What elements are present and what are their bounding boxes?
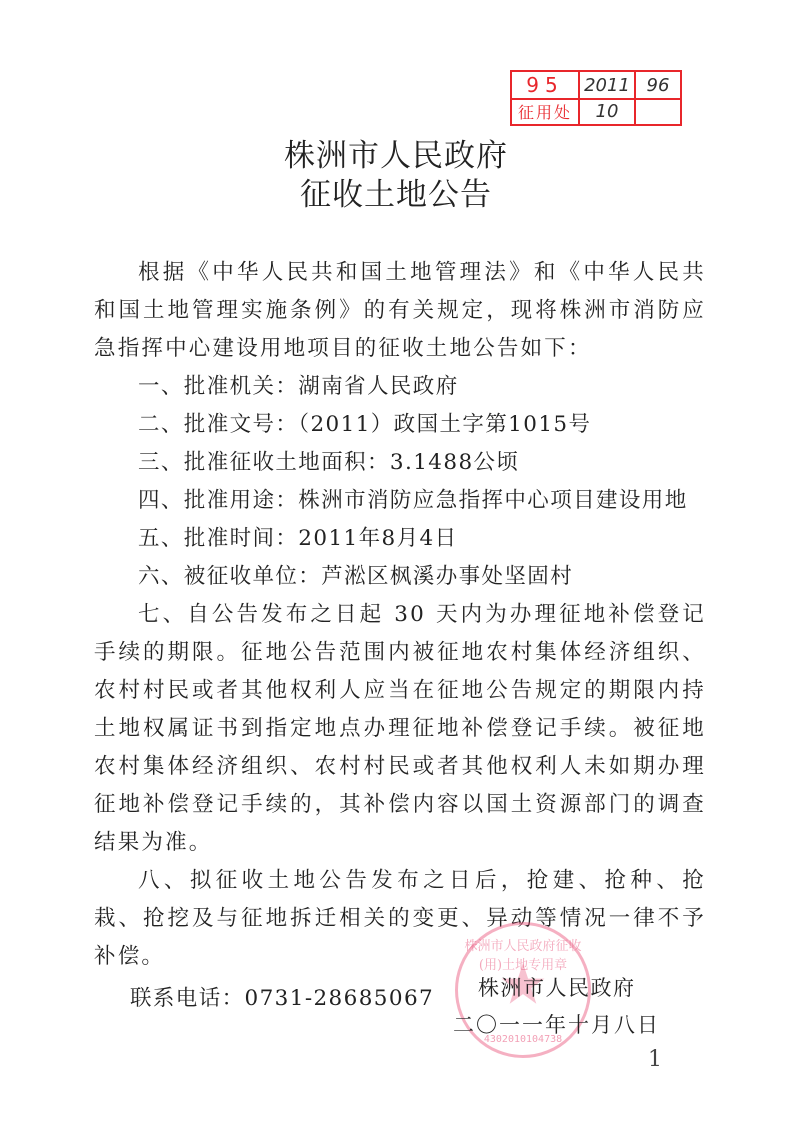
stamp-label: 征用处 (518, 100, 572, 123)
signature-date: 二〇一一年十月八日 (453, 1009, 703, 1039)
registration-stamp: 95 2011 96 征用处 10 (510, 70, 682, 126)
stamp-month: 10 (596, 101, 619, 122)
item-approval-date: 五、批准时间：2011年8月4日 (94, 520, 706, 558)
registration-stamp-row-top: 95 2011 96 (512, 72, 680, 100)
item-approval-authority: 一、批准机关：湖南省人民政府 (94, 368, 706, 406)
page-number: 1 (648, 1047, 662, 1072)
notice-body: 根据《中华人民共和国土地管理法》和《中华人民共和国土地管理实施条例》的有关规定，… (94, 254, 706, 1018)
item-land-area: 三、批准征收土地面积：3.1488公顷 (94, 444, 706, 482)
document-page: 95 2011 96 征用处 10 株洲市人民政府 征收土地公告 根据《中华人民… (0, 0, 800, 1140)
stamp-number: 95 (526, 73, 563, 97)
stamp-doc-no: 96 (647, 75, 670, 96)
page-title: 征收土地公告 (0, 169, 796, 214)
item-land-use: 四、批准用途：株洲市消防应急指挥中心项目建设用地 (94, 482, 706, 520)
item-approval-doc-number: 二、批准文号：（2011）政国土字第1015号 (94, 406, 706, 444)
stamp-year: 2011 (584, 75, 630, 96)
item-no-compensation: 八、拟征收土地公告发布之日后，抢建、抢种、抢栽、抢挖及与征地拆迁相关的变更、异动… (94, 862, 706, 976)
item-registration-period: 七、自公告发布之日起 30 天内为办理征地补偿登记手续的期限。征地公告范围内被征… (94, 596, 706, 862)
item-expropriated-unit: 六、被征收单位：芦淞区枫溪办事处坚固村 (94, 558, 706, 596)
intro-paragraph: 根据《中华人民共和国土地管理法》和《中华人民共和国土地管理实施条例》的有关规定，… (94, 254, 706, 368)
signature-issuer: 株洲市人民政府 (478, 972, 678, 1002)
registration-stamp-row-bottom: 征用处 10 (512, 98, 680, 124)
